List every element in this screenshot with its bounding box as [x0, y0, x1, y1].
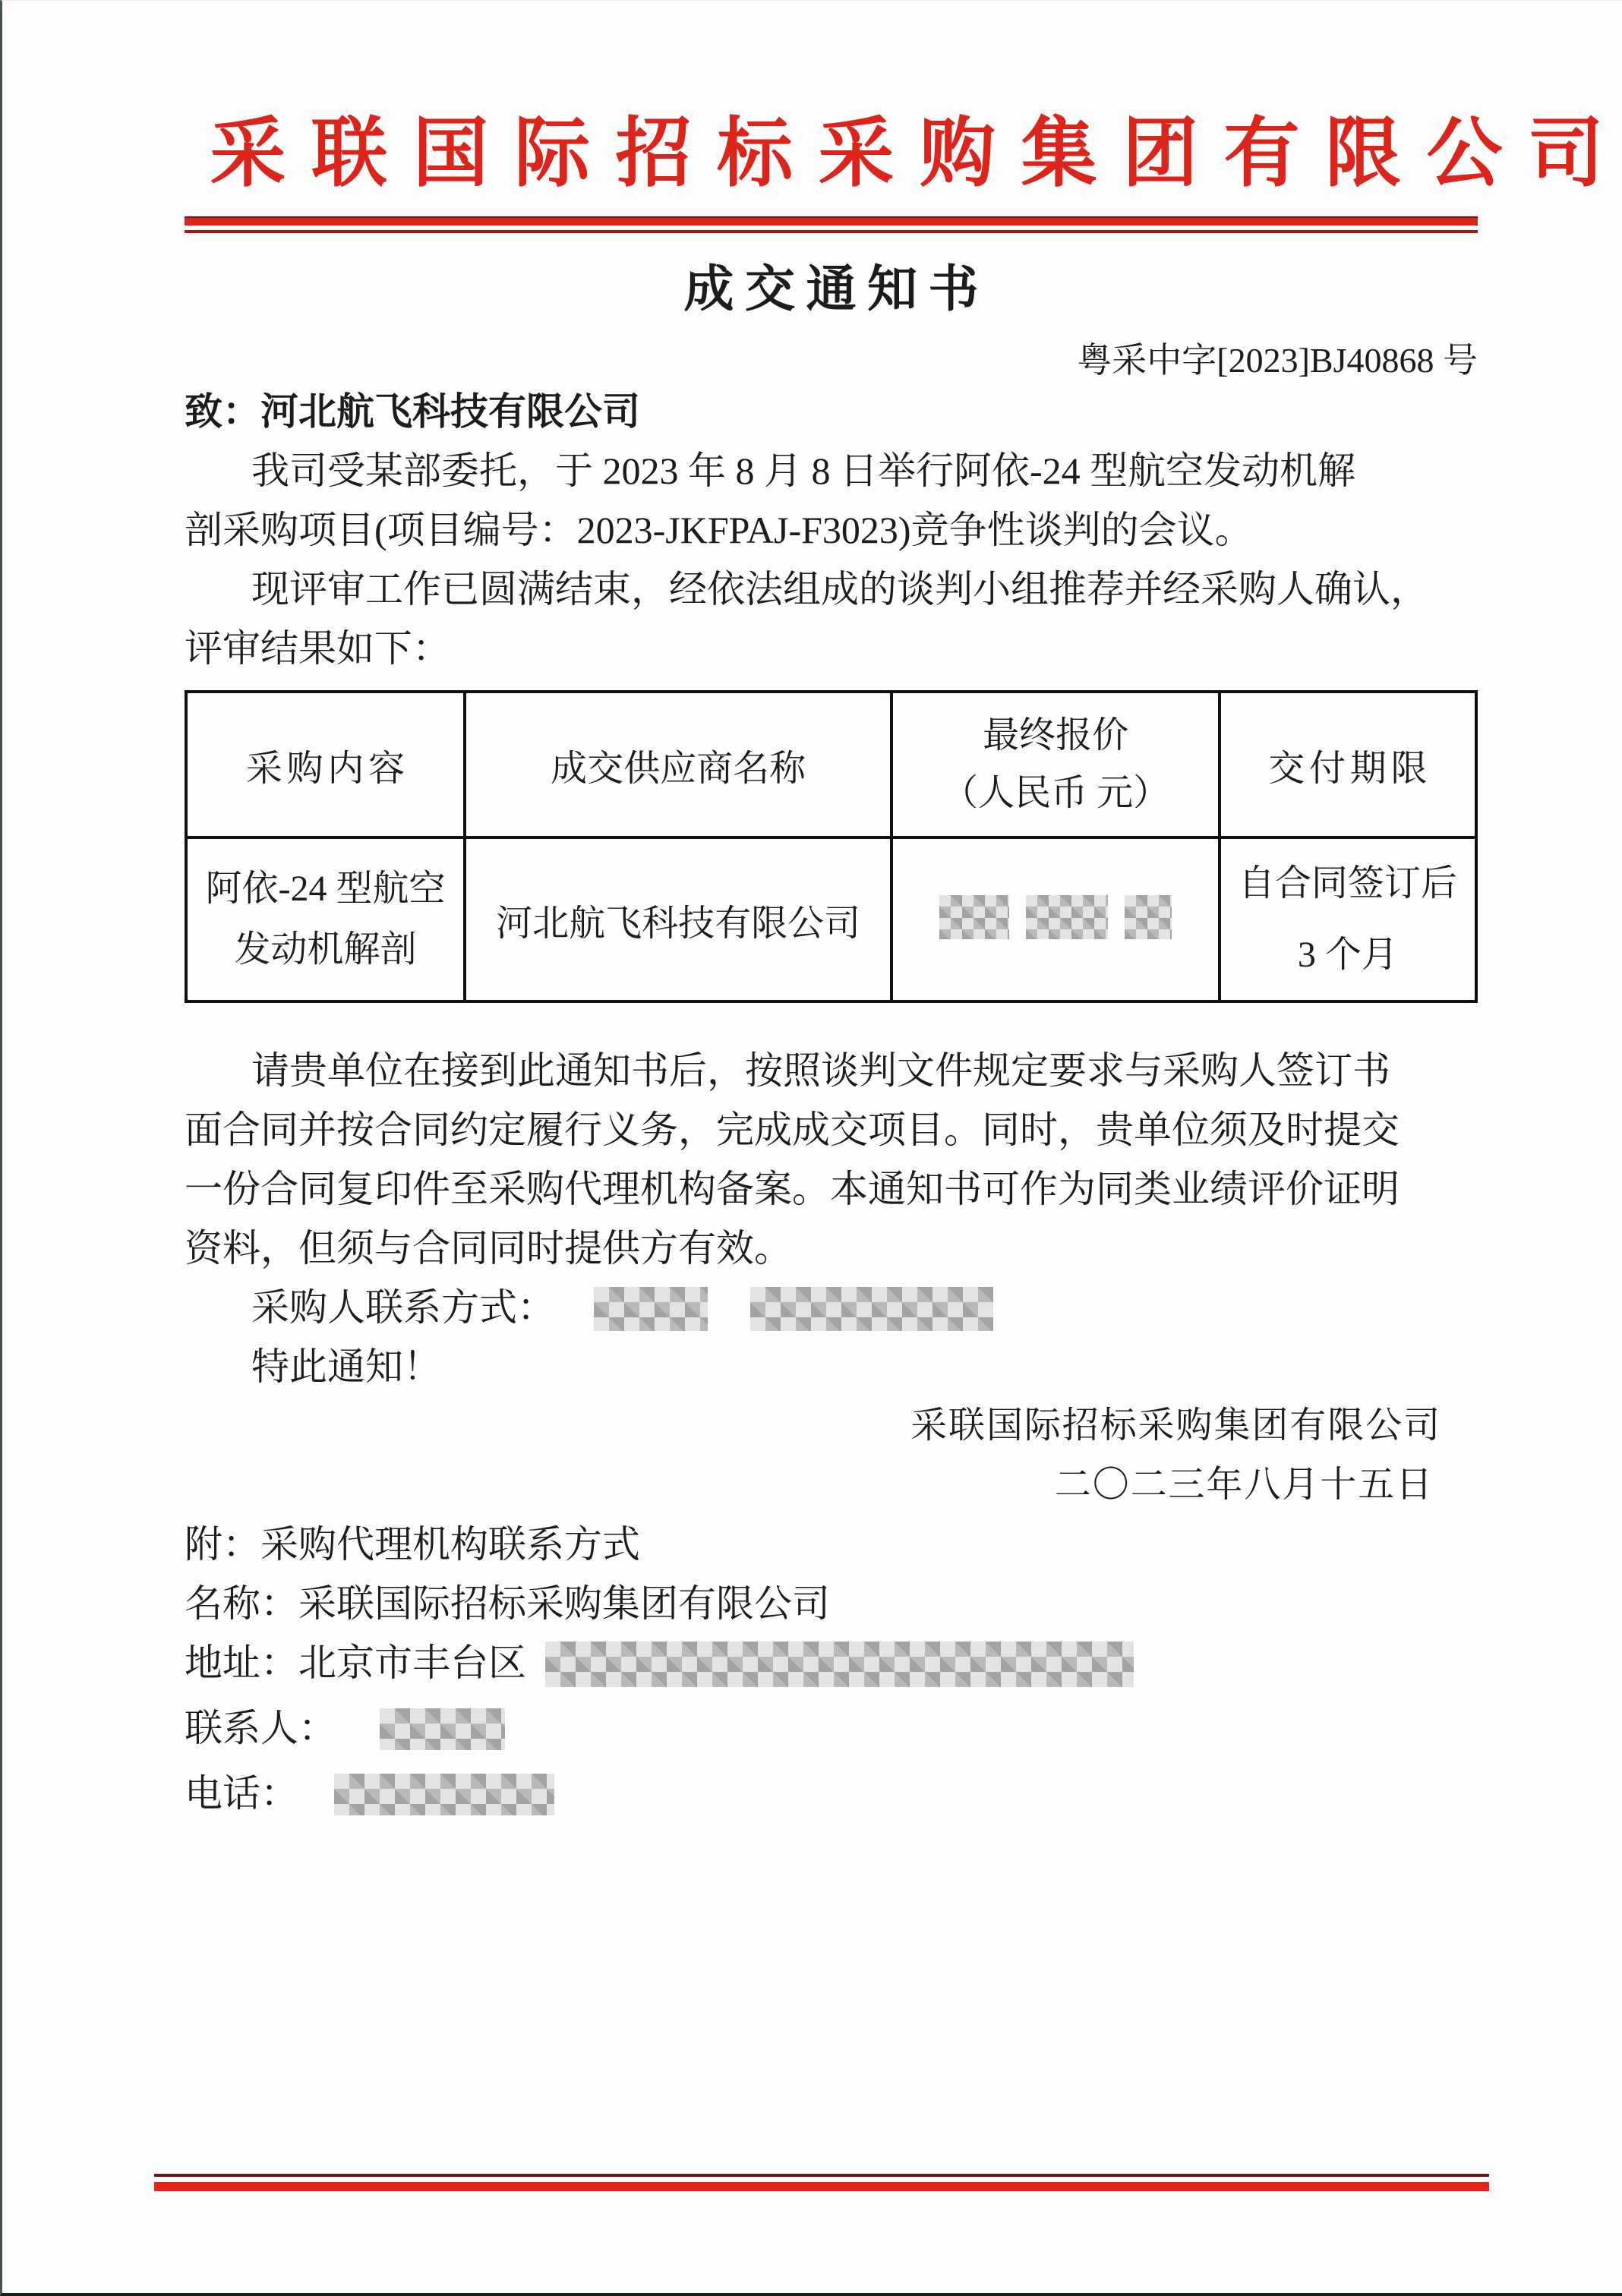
cell-procurement-content-line-1: 阿依-24 型航空: [192, 859, 459, 919]
table-data-row: 阿依-24 型航空 发动机解剖 河北航飞科技有限公司 自合同签订后 3 个月: [186, 837, 1476, 1001]
header-final-price: 最终报价 （人民币 元）: [891, 692, 1220, 837]
company-letterhead: 采联国际招标采购集团有限公司: [185, 113, 1478, 195]
cell-delivery-term: 自合同签订后 3 个月: [1220, 837, 1476, 1001]
footer-divider: [154, 2174, 1489, 2191]
intro-paragraph-line-2: 剖采购项目(项目编号：2023-JKFPAJ-F3023)竞争性谈判的会议。: [185, 500, 1478, 560]
reference-number: 粤采中字[2023]BJ40868 号: [185, 339, 1478, 382]
header-final-price-line-2: （人民币 元）: [898, 765, 1213, 822]
letterhead-divider-thin-line: [185, 230, 1478, 233]
notice-line: 特此通知！: [185, 1337, 1478, 1396]
intro-paragraph-line-1: 我司受某部委托，于 2023 年 8 月 8 日举行阿依-24 型航空发动机解: [185, 441, 1478, 500]
appendix-agency-name: 名称：采联国际招标采购集团有限公司: [185, 1574, 1478, 1633]
letterhead-divider-thick-line: [185, 216, 1478, 225]
appendix-address-line: 地址：北京市丰台区: [185, 1633, 1478, 1692]
header-winning-supplier: 成交供应商名称: [465, 692, 891, 837]
sign-paragraph-line-3: 一份合同复印件至采购代理机构备案。本通知书可作为同类业绩评价证明: [185, 1159, 1478, 1219]
cell-procurement-content: 阿依-24 型航空 发动机解剖: [186, 837, 465, 1001]
document-content: 采联国际招标采购集团有限公司 成交通知书 粤采中字[2023]BJ40868 号…: [185, 113, 1478, 1823]
signature-company: 采联国际招标采购集团有限公司: [185, 1396, 1478, 1455]
letterhead-divider: [185, 216, 1478, 233]
redacted-price-mosaic-segment: [939, 895, 1009, 939]
cell-procurement-content-line-2: 发动机解剖: [192, 919, 459, 980]
footer-divider-dark-line: [154, 2174, 1489, 2177]
scanned-award-notice-page: 采联国际招标采购集团有限公司 成交通知书 粤采中字[2023]BJ40868 号…: [0, 0, 1622, 2296]
redacted-price-mosaic-segment: [1125, 895, 1172, 939]
redacted-price-mosaic: [939, 897, 1172, 938]
cell-winning-supplier: 河北航飞科技有限公司: [465, 837, 891, 1001]
document-title: 成交通知书: [185, 260, 1478, 320]
sign-paragraph-line-1: 请贵单位在接到此通知书后，按照谈判文件规定要求与采购人签订书: [185, 1041, 1478, 1100]
redacted-address-mosaic: [545, 1642, 1134, 1687]
header-final-price-line-1: 最终报价: [898, 707, 1213, 765]
redacted-price-mosaic-segment: [1026, 895, 1108, 939]
buyer-contact-label: 采购人联系方式：: [251, 1286, 555, 1329]
redacted-phone-mosaic: [334, 1774, 554, 1815]
buyer-contact-line: 采购人联系方式：: [185, 1278, 1478, 1337]
table-header-row: 采购内容 成交供应商名称 最终报价 （人民币 元） 交付期限: [186, 692, 1476, 837]
award-result-table: 采购内容 成交供应商名称 最终报价 （人民币 元） 交付期限 阿依-24 型航空…: [185, 690, 1478, 1003]
sign-paragraph-line-4: 资料，但须与合同同时提供方有效。: [185, 1219, 1478, 1278]
cell-delivery-term-line-1: 自合同签订后: [1226, 848, 1470, 919]
redacted-buyer-phone-mosaic: [750, 1287, 993, 1331]
cell-delivery-term-line-2: 3 个月: [1226, 919, 1470, 991]
appendix-contact-label: 联系人：: [185, 1707, 336, 1749]
appendix-phone-line: 电话：: [185, 1764, 1478, 1823]
header-delivery-term: 交付期限: [1220, 692, 1476, 837]
appendix-heading: 附：采购代理机构联系方式: [185, 1515, 1478, 1574]
appendix-contact-line: 联系人：: [185, 1698, 1478, 1758]
signature-date: 二〇二三年八月十五日: [185, 1455, 1478, 1515]
review-paragraph-line-1: 现评审工作已圆满结束，经依法组成的谈判小组推荐并经采购人确认，: [185, 560, 1478, 619]
recipient-line: 致：河北航飞科技有限公司: [185, 382, 1478, 441]
redacted-buyer-name-mosaic: [594, 1287, 708, 1331]
appendix-address-label: 地址：北京市丰台区: [185, 1642, 526, 1684]
appendix-phone-label: 电话：: [185, 1772, 298, 1815]
cell-final-price: [891, 837, 1220, 1001]
footer-divider-red-line: [154, 2182, 1489, 2191]
sign-paragraph-line-2: 面合同并按合同约定履行义务，完成成交项目。同时，贵单位须及时提交: [185, 1100, 1478, 1159]
header-procurement-content: 采购内容: [186, 692, 465, 837]
redacted-contact-person-mosaic: [380, 1708, 505, 1750]
review-paragraph-line-2: 评审结果如下：: [185, 619, 1478, 678]
